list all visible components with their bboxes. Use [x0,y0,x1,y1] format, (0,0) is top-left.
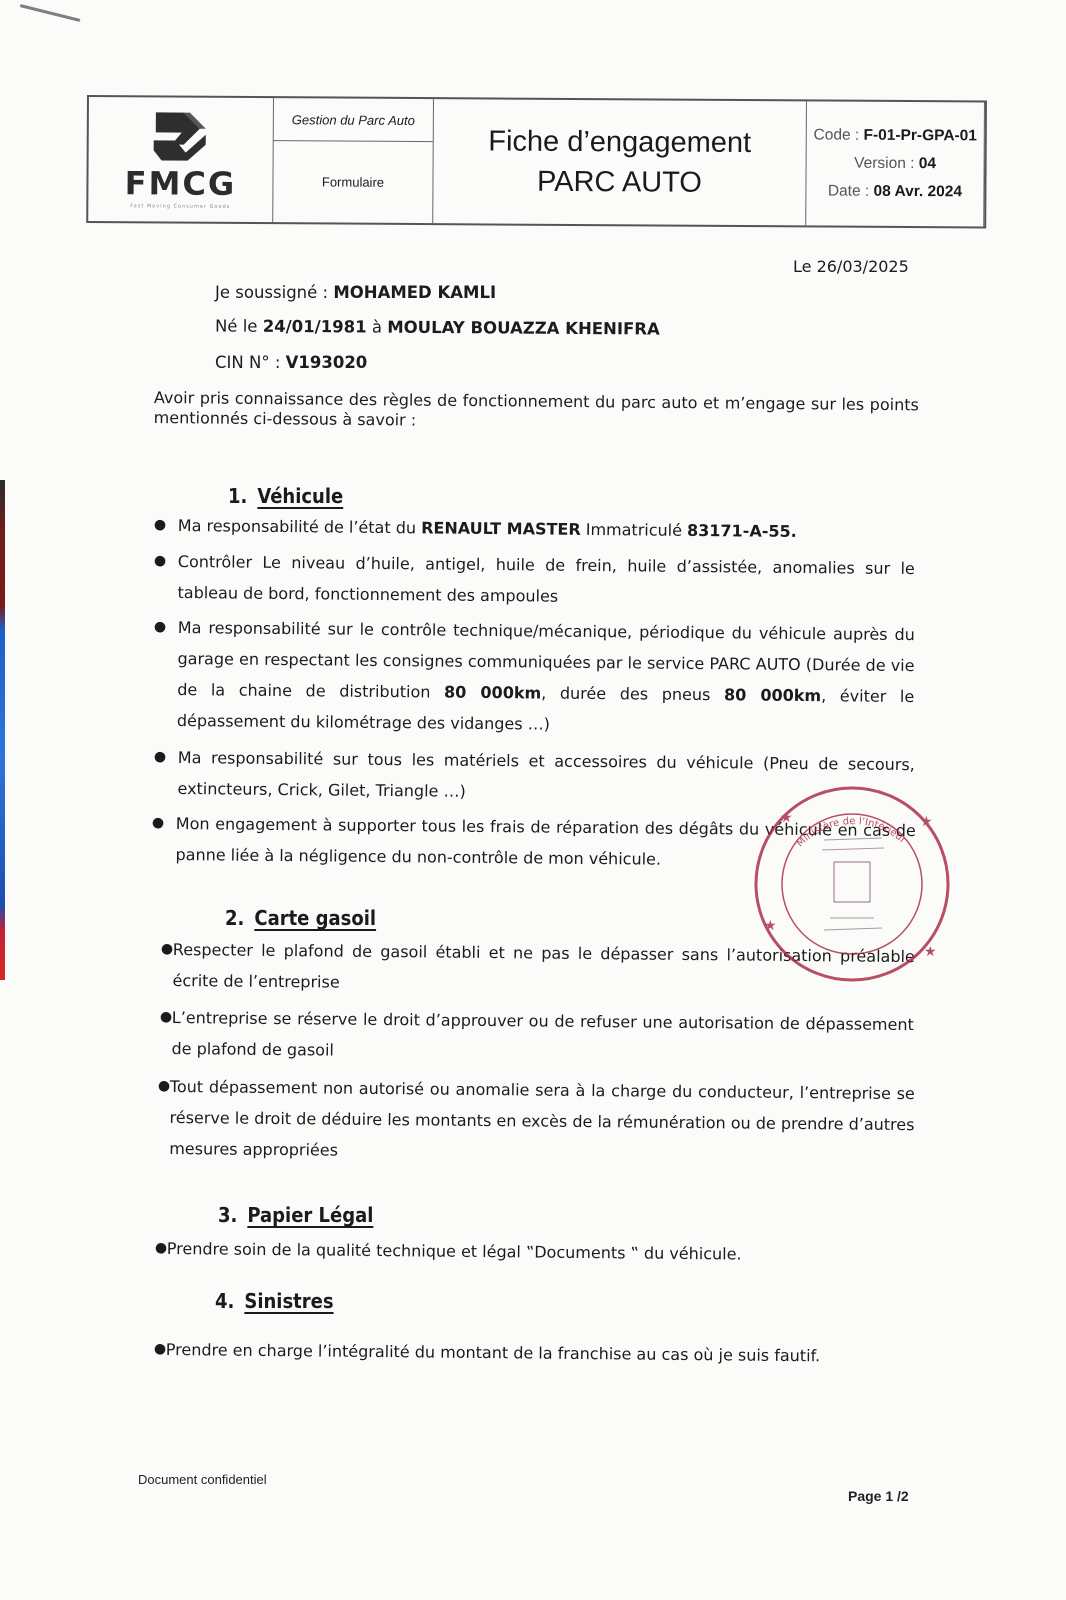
company-logo: FMCG Fast Moving Consumer Goods [88,97,274,222]
doc-type-label: Formulaire [273,141,432,223]
list-item: ● Prendre soin de la qualité technique e… [167,1233,927,1271]
signatory-name-line: Je soussigné : MOHAMED KAMLI [215,283,496,302]
bullet-icon: ● [160,1002,173,1033]
birth-place: MOULAY BOUAZZA KHENIFRA [387,318,660,339]
list-item: ● Ma responsabilité sur le contrôle tech… [177,612,915,743]
list-item: ● Ma responsabilité de l’état du RENAULT… [178,510,918,548]
document-title: Fiche d’engagement PARC AUTO [433,99,807,225]
scan-scratch-mark [20,4,81,22]
title-line-2: PARC AUTO [537,162,702,203]
bullet-icon: ● [161,934,174,965]
bullet-icon: ● [154,510,167,541]
cin-number: V193020 [286,353,368,372]
bullet-icon: ● [154,612,167,643]
section-carte-gasoil-title: 2.Carte gasoil [225,906,376,930]
list-item: ● Tout dépassement non autorisé ou anoma… [169,1071,915,1171]
signatory-name: MOHAMED KAMLI [333,283,496,302]
svg-text:★: ★ [764,918,777,934]
birth-date: 24/01/1981 [263,317,367,337]
document-control-info: Code : F-01-Pr-GPA-01 Version : 04 Date … [806,101,985,226]
logo-brand: FMCG [125,164,237,203]
scan-edge-artifact [0,480,5,980]
bullet-icon: ● [154,1334,167,1365]
department-label: Gestion du Parc Auto [274,98,433,142]
bullet-icon: ● [154,546,167,577]
page-number: Page 1 /2 [848,1488,909,1504]
doc-code: Code : F-01-Pr-GPA-01 [813,121,977,150]
svg-text:★: ★ [920,814,933,830]
logo-arrow-icon [150,110,212,162]
cin-line: CIN N° : V193020 [215,353,367,372]
bullet-icon: ● [154,742,167,773]
document-header: FMCG Fast Moving Consumer Goods Gestion … [86,95,987,228]
svg-text:★: ★ [924,944,937,960]
section-papier-legal-title: 3.Papier Légal [218,1203,373,1227]
title-line-1: Fiche d’engagement [488,121,751,163]
doc-version: Version : 04 [854,150,936,178]
bullet-icon: ● [158,1071,171,1102]
list-item: ● L’entreprise se réserve le droit d’app… [171,1002,914,1071]
birth-line: Né le 24/01/1981 à MOULAY BOUAZZA KHENIF… [215,316,660,338]
header-meta-left: Gestion du Parc Auto Formulaire [273,98,434,223]
bullet-icon: ● [152,808,165,839]
bullet-icon: ● [155,1233,168,1264]
logo-tagline: Fast Moving Consumer Goods [130,203,230,210]
list-item: ● Respecter le plafond de gasoil établi … [172,934,915,1003]
confidential-notice: Document confidentiel [138,1472,267,1487]
doc-date: Date : 08 Avr. 2024 [828,178,962,207]
document-date: Le 26/03/2025 [793,257,909,276]
intro-paragraph: Avoir pris connaissance des règles de fo… [154,388,919,435]
list-item: ● Mon engagement à supporter tous les fr… [175,808,916,877]
list-item: ● Prendre en charge l’intégralité du mon… [166,1334,926,1372]
section-sinistres-title: 4.Sinistres [215,1289,334,1313]
list-item: ● Ma responsabilité sur tous les matérie… [177,742,915,811]
list-item: ● Contrôler Le niveau d’huile, antigel, … [177,546,915,615]
section-vehicule-title: 1.Véhicule [228,484,343,508]
